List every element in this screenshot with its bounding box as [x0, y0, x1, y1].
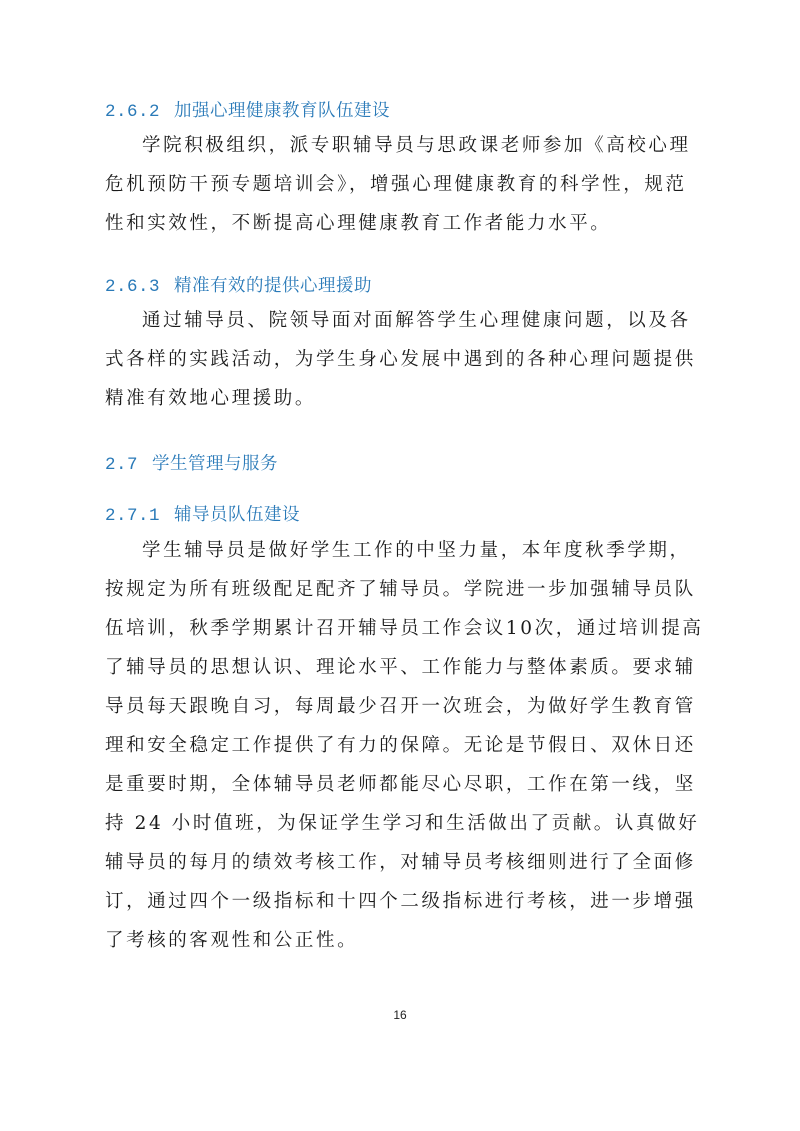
section-title: 精准有效的提供心理援助: [174, 276, 372, 296]
page-number: 16: [0, 1008, 800, 1022]
paragraph-line: 式各样的实践活动，为学生身心发展中遇到的各种心理问题提供: [105, 340, 705, 379]
section-heading-2-7-1: 2.7.1辅导员队伍建设: [105, 501, 300, 526]
section-paragraph-2-7-1: 学生辅导员是做好学生工作的中坚力量，本年度秋季学期， 按规定为所有班级配足配齐了…: [105, 531, 705, 960]
paragraph-line: 精准有效地心理援助。: [105, 379, 705, 418]
paragraph-line: 理和安全稳定工作提供了有力的保障。无论是节假日、双休日还: [105, 726, 705, 765]
section-number: 2.6.3: [105, 277, 160, 297]
section-paragraph-2-6-3: 通过辅导员、院领导面对面解答学生心理健康问题，以及各 式各样的实践活动，为学生身…: [105, 301, 705, 418]
paragraph-line: 危机预防干预专题培训会》，增强心理健康教育的科学性，规范: [105, 165, 705, 204]
section-heading-2-6-3: 2.6.3精准有效的提供心理援助: [105, 272, 372, 297]
paragraph-line: 按规定为所有班级配足配齐了辅导员。学院进一步加强辅导员队: [105, 570, 705, 609]
section-number: 2.7: [105, 455, 138, 475]
paragraph-line: 了考核的客观性和公正性。: [105, 921, 705, 960]
paragraph-line: 学院积极组织，派专职辅导员与思政课老师参加《高校心理: [105, 126, 705, 165]
section-number: 2.7.1: [105, 506, 160, 526]
section-heading-2-6-2: 2.6.2加强心理健康教育队伍建设: [105, 97, 390, 122]
section-paragraph-2-6-2: 学院积极组织，派专职辅导员与思政课老师参加《高校心理 危机预防干预专题培训会》，…: [105, 126, 705, 243]
section-heading-2-7: 2.7学生管理与服务: [105, 450, 278, 475]
section-number: 2.6.2: [105, 102, 160, 122]
paragraph-line: 是重要时期，全体辅导员老师都能尽心尽职，工作在第一线，坚: [105, 765, 705, 804]
paragraph-line: 学生辅导员是做好学生工作的中坚力量，本年度秋季学期，: [105, 531, 705, 570]
paragraph-line: 性和实效性，不断提高心理健康教育工作者能力水平。: [105, 204, 705, 243]
paragraph-line: 订，通过四个一级指标和十四个二级指标进行考核，进一步增强: [105, 882, 705, 921]
paragraph-line: 导员每天跟晚自习，每周最少召开一次班会，为做好学生教育管: [105, 687, 705, 726]
paragraph-line: 持 24 小时值班，为保证学生学习和生活做出了贡献。认真做好: [105, 804, 705, 843]
document-page: 2.6.2加强心理健康教育队伍建设 学院积极组织，派专职辅导员与思政课老师参加《…: [0, 0, 800, 1131]
paragraph-line: 通过辅导员、院领导面对面解答学生心理健康问题，以及各: [105, 301, 705, 340]
section-title: 学生管理与服务: [152, 454, 278, 474]
paragraph-line: 了辅导员的思想认识、理论水平、工作能力与整体素质。要求辅: [105, 648, 705, 687]
section-title: 加强心理健康教育队伍建设: [174, 101, 390, 121]
paragraph-line: 伍培训，秋季学期累计召开辅导员工作会议10次，通过培训提高: [105, 609, 705, 648]
section-title: 辅导员队伍建设: [174, 505, 300, 525]
paragraph-line: 辅导员的每月的绩效考核工作，对辅导员考核细则进行了全面修: [105, 843, 705, 882]
